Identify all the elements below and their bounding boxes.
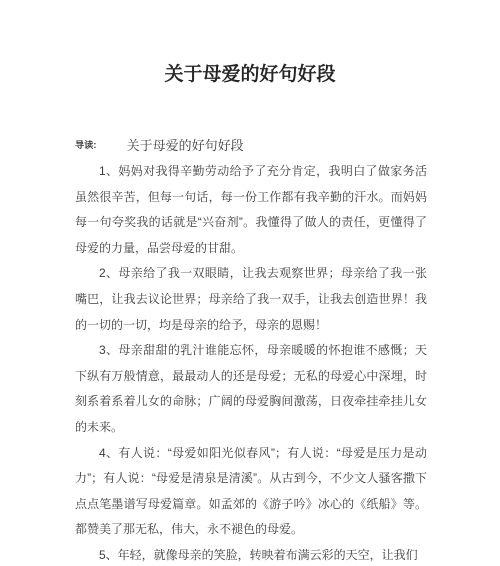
paragraph: 5、年轻，就像母亲的笑脸，转映着布满云彩的天空，让我们 (75, 543, 427, 566)
paragraph: 2、母亲给了我一双眼睛，让我去观察世界；母亲给了我一张嘴巴，让我去议论世界；母亲… (75, 261, 427, 338)
page-title: 关于母爱的好句好段 (0, 63, 500, 87)
paragraph: 3、母亲甜甜的乳汁谁能忘怀，母亲暖暖的怀抱谁不感慨；天下纵有万般情意，最最动人的… (75, 338, 427, 440)
lead-row: 导读: 关于母爱的好句好段 (75, 135, 244, 154)
lead-text: 关于母爱的好句好段 (127, 135, 244, 154)
lead-label: 导读: (75, 138, 97, 151)
paragraph: 1、妈妈对我得辛勤劳动给予了充分肯定，我明白了做家务活虽然很辛苦，但每一句话，每… (75, 159, 427, 261)
document-body: 1、妈妈对我得辛勤劳动给予了充分肯定，我明白了做家务活虽然很辛苦，但每一句话，每… (75, 159, 427, 566)
document-page: 关于母爱的好句好段 导读: 关于母爱的好句好段 1、妈妈对我得辛勤劳动给予了充分… (0, 0, 500, 566)
paragraph: 4、有人说：“母爱如阳光似春风”；有人说：“母爱是压力是动力”；有人说：“母爱是… (75, 441, 427, 543)
